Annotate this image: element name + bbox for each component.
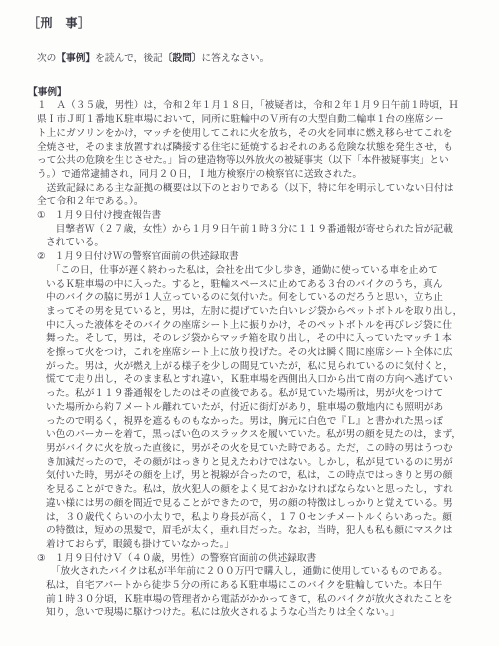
- evidence-3-body: 「放火されたバイクは私が半年前に２００万円で購入し，通勤に使用しているものである…: [46, 565, 481, 620]
- instruction-text-post: に答えなさい。: [202, 53, 270, 64]
- page-title: ［刑 事］: [28, 16, 481, 30]
- evidence-2-body: 「この日，仕事が遅く終わった私は，会社を出て少し歩き，通勤に使っている車を止めて…: [46, 264, 481, 552]
- evidence-1-title: １月９日付け捜査報告書: [55, 210, 162, 221]
- question-label: 〔設問〕: [163, 53, 202, 64]
- example-label: 【事例】: [56, 53, 95, 64]
- evidence-1-marker: ①: [37, 210, 46, 221]
- evidence-1-body: 目撃者Ｗ（２７歳，女性）から１月９日午前１時３分に１１９番通報が寄せられた旨が記…: [46, 223, 481, 250]
- evidence-2-marker: ②: [37, 251, 46, 262]
- evidence-3-marker: ③: [37, 553, 46, 564]
- evidence-3-heading: ③１月９日付けＶ（４０歳，男性）の警察官面前の供述録取書: [37, 552, 481, 566]
- evidence-item-1: ①１月９日付け捜査報告書 目撃者Ｗ（２７歳，女性）から１月９日午前１時３分に１１…: [37, 209, 481, 250]
- case-paragraph-2: 送致記録にある主な証拠の概要は以下のとおりである（以下，特に年を明示していない日…: [37, 182, 481, 209]
- case-heading: 【事例】: [28, 86, 481, 100]
- evidence-2-title: １月９日付けＷの警察官面前の供述録取書: [55, 251, 239, 262]
- evidence-3-title: １月９日付けＶ（４０歳，男性）の警察官面前の供述録取書: [55, 553, 317, 564]
- evidence-2-heading: ②１月９日付けＷの警察官面前の供述録取書: [37, 250, 481, 264]
- evidence-item-3: ③１月９日付けＶ（４０歳，男性）の警察官面前の供述録取書 「放火されたバイクは私…: [37, 552, 481, 621]
- case-paragraph-1: １ Ａ（３５歳，男性）は，令和２年１月１８日，「被疑者は，令和２年１月９日午前１…: [37, 99, 481, 181]
- instruction-text-pre: 次の: [37, 53, 56, 64]
- instruction-text-mid: を読んで，後記: [95, 53, 163, 64]
- evidence-1-heading: ①１月９日付け捜査報告書: [37, 209, 481, 223]
- document-page: ［刑 事］ 次の【事例】を読んで，後記〔設問〕に答えなさい。 【事例】 １ Ａ（…: [0, 0, 499, 646]
- case-body: １ Ａ（３５歳，男性）は，令和２年１月１８日，「被疑者は，令和２年１月９日午前１…: [37, 99, 481, 620]
- instruction-line: 次の【事例】を読んで，後記〔設問〕に答えなさい。: [37, 52, 481, 66]
- evidence-item-2: ②１月９日付けＷの警察官面前の供述録取書 「この日，仕事が遅く終わった私は，会社…: [37, 250, 481, 551]
